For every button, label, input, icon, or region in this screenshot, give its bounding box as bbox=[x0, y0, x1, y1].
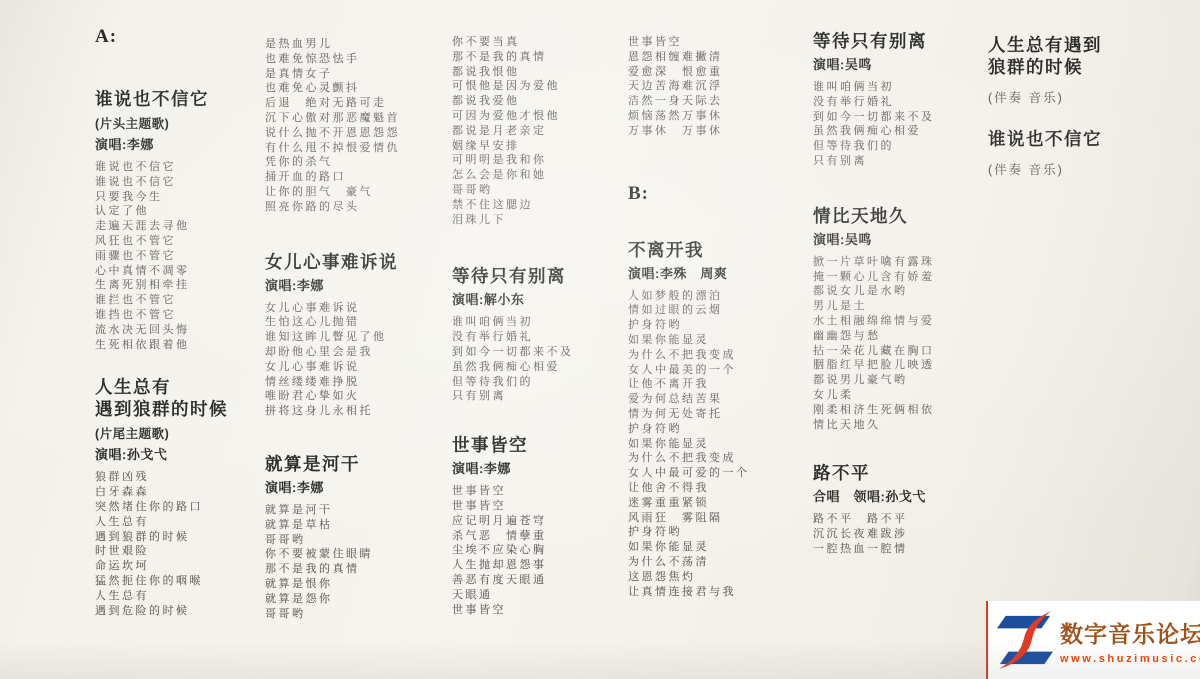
lyric-line: 都说是月老亲定 bbox=[452, 124, 652, 139]
lyric-line: 如果你能显灵 bbox=[628, 333, 828, 348]
lyric-line: 迷雾重重紧锁 bbox=[628, 496, 828, 511]
song-credit: 演唱:李娜 bbox=[265, 275, 465, 294]
song-section: 等待只有别离演唱:解小东谁叫咱俩当初没有举行婚礼到如今一切都来不及虽然我俩痴心相… bbox=[452, 265, 652, 404]
lyric-line: 但等待我们的 bbox=[452, 375, 652, 390]
lyric-line: 掩一颗心儿含有娇羞 bbox=[813, 270, 1013, 285]
lyric-line: 拼将这身儿永相托 bbox=[265, 404, 465, 419]
lyrics-body: 路不平 路不平沉沉长夜难跋涉一腔热血一腔情 bbox=[813, 512, 1013, 556]
lyric-line: 为什么不把我变成 bbox=[628, 348, 828, 363]
watermark-site-name: 数字音乐论坛 bbox=[1060, 616, 1200, 649]
lyric-line: 女人中最美的一个 bbox=[628, 363, 828, 378]
lyric-line: 幽幽怨与愁 bbox=[813, 329, 1013, 344]
lyric-line: 路不平 路不平 bbox=[813, 512, 1013, 527]
song-title: 谁说也不信它 bbox=[988, 128, 1188, 150]
lyric-line: 照亮你路的尽头 bbox=[265, 200, 465, 215]
lyric-line: 女儿心事难诉说 bbox=[265, 301, 465, 316]
lyric-line: 都说女儿是水哟 bbox=[813, 284, 1013, 299]
lyric-line: 到如今一切都来不及 bbox=[813, 110, 1013, 125]
lyric-line: 没有举行婚礼 bbox=[813, 95, 1013, 110]
lyrics-body: 是热血男儿也难免惊恐怯手是真情女子也难免心灵颤抖后退 绝对无路可走沉下心傲对那恶… bbox=[265, 37, 465, 215]
lyric-line: 护身符哟 bbox=[628, 422, 828, 437]
lyric-line: 情如过眼的云烟 bbox=[628, 303, 828, 318]
lyric-line: 烦恼荡然万事休 bbox=[628, 109, 828, 124]
lyric-line: 女儿心事难诉说 bbox=[265, 360, 465, 375]
lyrics-column-5: 等待只有别离演唱:吴鸣谁叫咱俩当初没有举行婚礼到如今一切都来不及虽然我俩痴心相爱… bbox=[813, 30, 1013, 557]
lyric-line: 是真情女子 bbox=[265, 67, 465, 82]
song-title: 女儿心事难诉说 bbox=[265, 251, 465, 273]
lyrics-column-6: 人生总有遇到狼群的时候(伴奏 音乐)谁说也不信它(伴奏 音乐) bbox=[988, 34, 1188, 178]
lyrics-continuation: 世事皆空恩怨相缠难撇清爱愈深 恨愈重天边苦海难沉浮洁然一身天际去烦恼荡然万事休万… bbox=[628, 35, 828, 139]
song-credit: 演唱:吴鸣 bbox=[813, 229, 1013, 248]
song-section: 路不平合唱 领唱:孙戈弋路不平 路不平沉沉长夜难跋涉一腔热血一腔情 bbox=[813, 462, 1013, 556]
song-title: 不离开我 bbox=[628, 239, 828, 261]
lyric-line: 护身符哟 bbox=[628, 318, 828, 333]
booklet-scan: A:谁说也不信它(片头主题歌)演唱:李娜谁说也不信它谁说也不信它只要我今生认定了… bbox=[0, 0, 1200, 679]
lyric-line: 哥哥哟 bbox=[265, 607, 465, 622]
shuzimusic-z-logo-icon bbox=[996, 610, 1054, 670]
lyric-line: 天边苦海难沉浮 bbox=[628, 79, 828, 94]
lyric-line: 哥哥哟 bbox=[452, 183, 652, 198]
lyric-line: 恩怨相缠难撇清 bbox=[628, 50, 828, 65]
lyric-line: 后退 绝对无路可走 bbox=[265, 96, 465, 111]
lyric-line: 天眼通 bbox=[452, 588, 652, 603]
lyric-line: 人如梦般的漂泊 bbox=[628, 289, 828, 304]
lyrics-body: 世事皆空世事皆空应记明月遍苍穹杀气恶 情孽重尘埃不应染心胸人生抛却恩怨事善恶有度… bbox=[452, 484, 652, 617]
lyric-line: 可明明是我和你 bbox=[452, 153, 652, 168]
song-section: 就算是河干演唱:李娜就算是河干就算是草枯哥哥哟你不要被蒙住眼睛那不是我的真情就算… bbox=[265, 453, 465, 621]
instrumental-track: 人生总有遇到狼群的时候(伴奏 音乐) bbox=[988, 34, 1188, 106]
lyric-line: 男儿是土 bbox=[813, 299, 1013, 314]
lyric-line: 唯盼君心挚如火 bbox=[265, 389, 465, 404]
lyric-line: 沉沉长夜难跋涉 bbox=[813, 527, 1013, 542]
lyric-line: 一腔热血一腔情 bbox=[813, 542, 1013, 557]
lyric-line: 只有别离 bbox=[452, 389, 652, 404]
forum-watermark: 数字音乐论坛 www.shuzimusic.com bbox=[986, 601, 1200, 679]
lyric-line: 虽然我俩痴心相爱 bbox=[813, 124, 1013, 139]
lyric-line: 哥哥哟 bbox=[265, 533, 465, 548]
lyric-line: 到如今一切都来不及 bbox=[452, 345, 652, 360]
lyric-line: 爱为何总结苦果 bbox=[628, 392, 828, 407]
song-section: 世事皆空演唱:李娜世事皆空世事皆空应记明月遍苍穹杀气恶 情孽重尘埃不应染心胸人生… bbox=[452, 434, 652, 617]
song-title: 情比天地久 bbox=[813, 205, 1013, 227]
lyric-line: 但等待我们的 bbox=[813, 139, 1013, 154]
lyrics-continuation: 是热血男儿也难免惊恐怯手是真情女子也难免心灵颤抖后退 绝对无路可走沉下心傲对那恶… bbox=[265, 37, 465, 215]
lyric-line: 爱愈深 恨愈重 bbox=[628, 65, 828, 80]
lyric-line: 胭脂红早把脸儿映透 bbox=[813, 358, 1013, 373]
lyric-line: 可因为爱他才恨他 bbox=[452, 109, 652, 124]
lyric-line: 却盼他心里会是我 bbox=[265, 345, 465, 360]
lyric-line: 人生抛却恩怨事 bbox=[452, 558, 652, 573]
lyric-line: 说什么抛不开恩恩怨怨 bbox=[265, 126, 465, 141]
lyric-line: 就算是恨你 bbox=[265, 577, 465, 592]
lyrics-body: 世事皆空恩怨相缠难撇清爱愈深 恨愈重天边苦海难沉浮洁然一身天际去烦恼荡然万事休万… bbox=[628, 35, 828, 139]
lyric-line: 可恨他是因为爱他 bbox=[452, 79, 652, 94]
lyrics-body: 女儿心事难诉说生怕这心儿抛错谁知这眸儿瞥见了他却盼他心里会是我女儿心事难诉说情丝… bbox=[265, 301, 465, 419]
side-marker: B: bbox=[628, 183, 828, 205]
song-credit: 合唱 领唱:孙戈弋 bbox=[813, 486, 1013, 505]
lyric-line: 让他不离开我 bbox=[628, 377, 828, 392]
lyric-line: 就算是河干 bbox=[265, 503, 465, 518]
lyric-line: 让你的胆气 豪气 bbox=[265, 185, 465, 200]
lyric-line: 也难免心灵颤抖 bbox=[265, 81, 465, 96]
lyric-line: 是热血男儿 bbox=[265, 37, 465, 52]
lyric-line: 沉下心傲对那恶魔魁首 bbox=[265, 111, 465, 126]
lyric-line: 你不要被蒙住眼睛 bbox=[265, 547, 465, 562]
song-title: 人生总有遇到 bbox=[988, 34, 1188, 56]
lyric-line: 让他舍不得我 bbox=[628, 481, 828, 496]
lyric-line: 女人中最可爱的一个 bbox=[628, 466, 828, 481]
instrumental-track: 谁说也不信它(伴奏 音乐) bbox=[988, 128, 1188, 178]
lyric-line: 你不要当真 bbox=[452, 35, 652, 50]
lyrics-column-3: 你不要当真那不是我的真情都说我恨他可恨他是因为爱他都说我爱他可因为爱他才恨他都说… bbox=[452, 28, 652, 617]
lyric-line: 应记明月遍苍穹 bbox=[452, 514, 652, 529]
song-section: 不离开我演唱:李殊 周爽人如梦般的漂泊情如过眼的云烟护身符哟如果你能显灵为什么不… bbox=[628, 239, 828, 600]
song-title: 等待只有别离 bbox=[813, 30, 1013, 52]
lyric-line: 有什么甩不掉恨爱情仇 bbox=[265, 141, 465, 156]
lyric-line: 都说男儿豪气哟 bbox=[813, 373, 1013, 388]
lyric-line: 万事休 万事休 bbox=[628, 124, 828, 139]
lyric-line: 都说我恨他 bbox=[452, 65, 652, 80]
lyric-line: 世事皆空 bbox=[628, 35, 828, 50]
lyric-line: 就算是怨你 bbox=[265, 592, 465, 607]
song-title: 狼群的时候 bbox=[988, 56, 1188, 78]
watermark-texts: 数字音乐论坛 www.shuzimusic.com bbox=[1060, 616, 1200, 665]
lyrics-body: 掀一片草叶噙有露珠掩一颗心儿含有娇羞都说女儿是水哟男儿是土水土相融绵绵情与爱幽幽… bbox=[813, 255, 1013, 433]
side-marker-label: B: bbox=[628, 183, 828, 205]
lyric-line: 掀一片草叶噙有露珠 bbox=[813, 255, 1013, 270]
lyric-line: 都说我爱他 bbox=[452, 94, 652, 109]
lyric-line: 尘埃不应染心胸 bbox=[452, 543, 652, 558]
lyric-line: 世事皆空 bbox=[452, 499, 652, 514]
lyric-line: 禁不住这腮边 bbox=[452, 198, 652, 213]
lyric-line: 为什么不把我变成 bbox=[628, 451, 828, 466]
song-title: 世事皆空 bbox=[452, 434, 652, 456]
song-credit: 演唱:李殊 周爽 bbox=[628, 263, 828, 282]
song-credit: 演唱:李娜 bbox=[452, 458, 652, 477]
lyric-line: 谁叫咱俩当初 bbox=[452, 315, 652, 330]
song-title: 等待只有别离 bbox=[452, 265, 652, 287]
song-section: 女儿心事难诉说演唱:李娜女儿心事难诉说生怕这心儿抛错谁知这眸儿瞥见了他却盼他心里… bbox=[265, 251, 465, 419]
lyric-line: 捅开血的路口 bbox=[265, 170, 465, 185]
song-subtitle: (伴奏 音乐) bbox=[988, 160, 1188, 178]
lyric-line: 女儿柔 bbox=[813, 388, 1013, 403]
lyric-line: 只有别离 bbox=[813, 154, 1013, 169]
lyric-line: 没有举行婚礼 bbox=[452, 330, 652, 345]
lyric-line: 为什么不荡清 bbox=[628, 555, 828, 570]
lyrics-column-2: 是热血男儿也难免惊恐怯手是真情女子也难免心灵颤抖后退 绝对无路可走沉下心傲对那恶… bbox=[265, 30, 465, 621]
lyric-line: 拈一朵花儿藏在胸口 bbox=[813, 344, 1013, 359]
song-credit: 演唱:解小东 bbox=[452, 289, 652, 308]
lyric-line: 世事皆空 bbox=[452, 603, 652, 618]
lyric-line: 怎么会是你和她 bbox=[452, 168, 652, 183]
watermark-site-url: www.shuzimusic.com bbox=[1060, 653, 1200, 665]
lyrics-body: 谁叫咱俩当初没有举行婚礼到如今一切都来不及虽然我俩痴心相爱但等待我们的只有别离 bbox=[813, 80, 1013, 169]
lyrics-body: 你不要当真那不是我的真情都说我恨他可恨他是因为爱他都说我爱他可因为爱他才恨他都说… bbox=[452, 35, 652, 227]
song-section: 等待只有别离演唱:吴鸣谁叫咱俩当初没有举行婚礼到如今一切都来不及虽然我俩痴心相爱… bbox=[813, 30, 1013, 169]
song-credit: 演唱:吴鸣 bbox=[813, 54, 1013, 73]
lyrics-column-4: 世事皆空恩怨相缠难撇清爱愈深 恨愈重天边苦海难沉浮洁然一身天际去烦恼荡然万事休万… bbox=[628, 28, 828, 599]
lyric-line: 情比天地久 bbox=[813, 418, 1013, 433]
lyric-line: 刚柔相济生死俩相依 bbox=[813, 403, 1013, 418]
lyric-line: 就算是草枯 bbox=[265, 518, 465, 533]
lyric-line: 虽然我俩痴心相爱 bbox=[452, 360, 652, 375]
lyric-line: 谁叫咱俩当初 bbox=[813, 80, 1013, 95]
lyric-line: 如果你能显灵 bbox=[628, 540, 828, 555]
lyric-line: 这恩怨焦灼 bbox=[628, 570, 828, 585]
lyric-line: 那不是我的真情 bbox=[452, 50, 652, 65]
lyric-line: 水土相融绵绵情与爱 bbox=[813, 314, 1013, 329]
lyric-line: 风雨狂 雾阻隔 bbox=[628, 511, 828, 526]
lyric-line: 世事皆空 bbox=[452, 484, 652, 499]
song-title: 就算是河干 bbox=[265, 453, 465, 475]
lyric-line: 凭你的杀气 bbox=[265, 155, 465, 170]
song-section: 情比天地久演唱:吴鸣掀一片草叶噙有露珠掩一颗心儿含有娇羞都说女儿是水哟男儿是土水… bbox=[813, 205, 1013, 433]
song-subtitle: (伴奏 音乐) bbox=[988, 88, 1188, 106]
lyric-line: 如果你能显灵 bbox=[628, 437, 828, 452]
lyric-line: 洁然一身天际去 bbox=[628, 94, 828, 109]
lyric-line: 情丝缕缕难挣脱 bbox=[265, 375, 465, 390]
lyric-line: 护身符哟 bbox=[628, 525, 828, 540]
song-title: 路不平 bbox=[813, 462, 1013, 484]
lyrics-body: 谁叫咱俩当初没有举行婚礼到如今一切都来不及虽然我俩痴心相爱但等待我们的只有别离 bbox=[452, 315, 652, 404]
lyric-line: 那不是我的真情 bbox=[265, 562, 465, 577]
lyric-line: 情为何无处寄托 bbox=[628, 407, 828, 422]
lyric-line: 杀气恶 情孽重 bbox=[452, 529, 652, 544]
lyric-line: 姻缘早安排 bbox=[452, 139, 652, 154]
lyrics-body: 就算是河干就算是草枯哥哥哟你不要被蒙住眼睛那不是我的真情就算是恨你就算是怨你哥哥… bbox=[265, 503, 465, 621]
lyric-line: 谁知这眸儿瞥见了他 bbox=[265, 330, 465, 345]
lyric-line: 生怕这心儿抛错 bbox=[265, 315, 465, 330]
lyric-line: 也难免惊恐怯手 bbox=[265, 52, 465, 67]
lyrics-continuation: 你不要当真那不是我的真情都说我恨他可恨他是因为爱他都说我爱他可因为爱他才恨他都说… bbox=[452, 35, 652, 227]
lyric-line: 善恶有度天眼通 bbox=[452, 573, 652, 588]
lyric-line: 泪珠儿下 bbox=[452, 213, 652, 228]
lyrics-body: 人如梦般的漂泊情如过眼的云烟护身符哟如果你能显灵为什么不把我变成女人中最美的一个… bbox=[628, 289, 828, 600]
lyric-line: 让真情连接君与我 bbox=[628, 585, 828, 600]
song-credit: 演唱:李娜 bbox=[265, 477, 465, 496]
